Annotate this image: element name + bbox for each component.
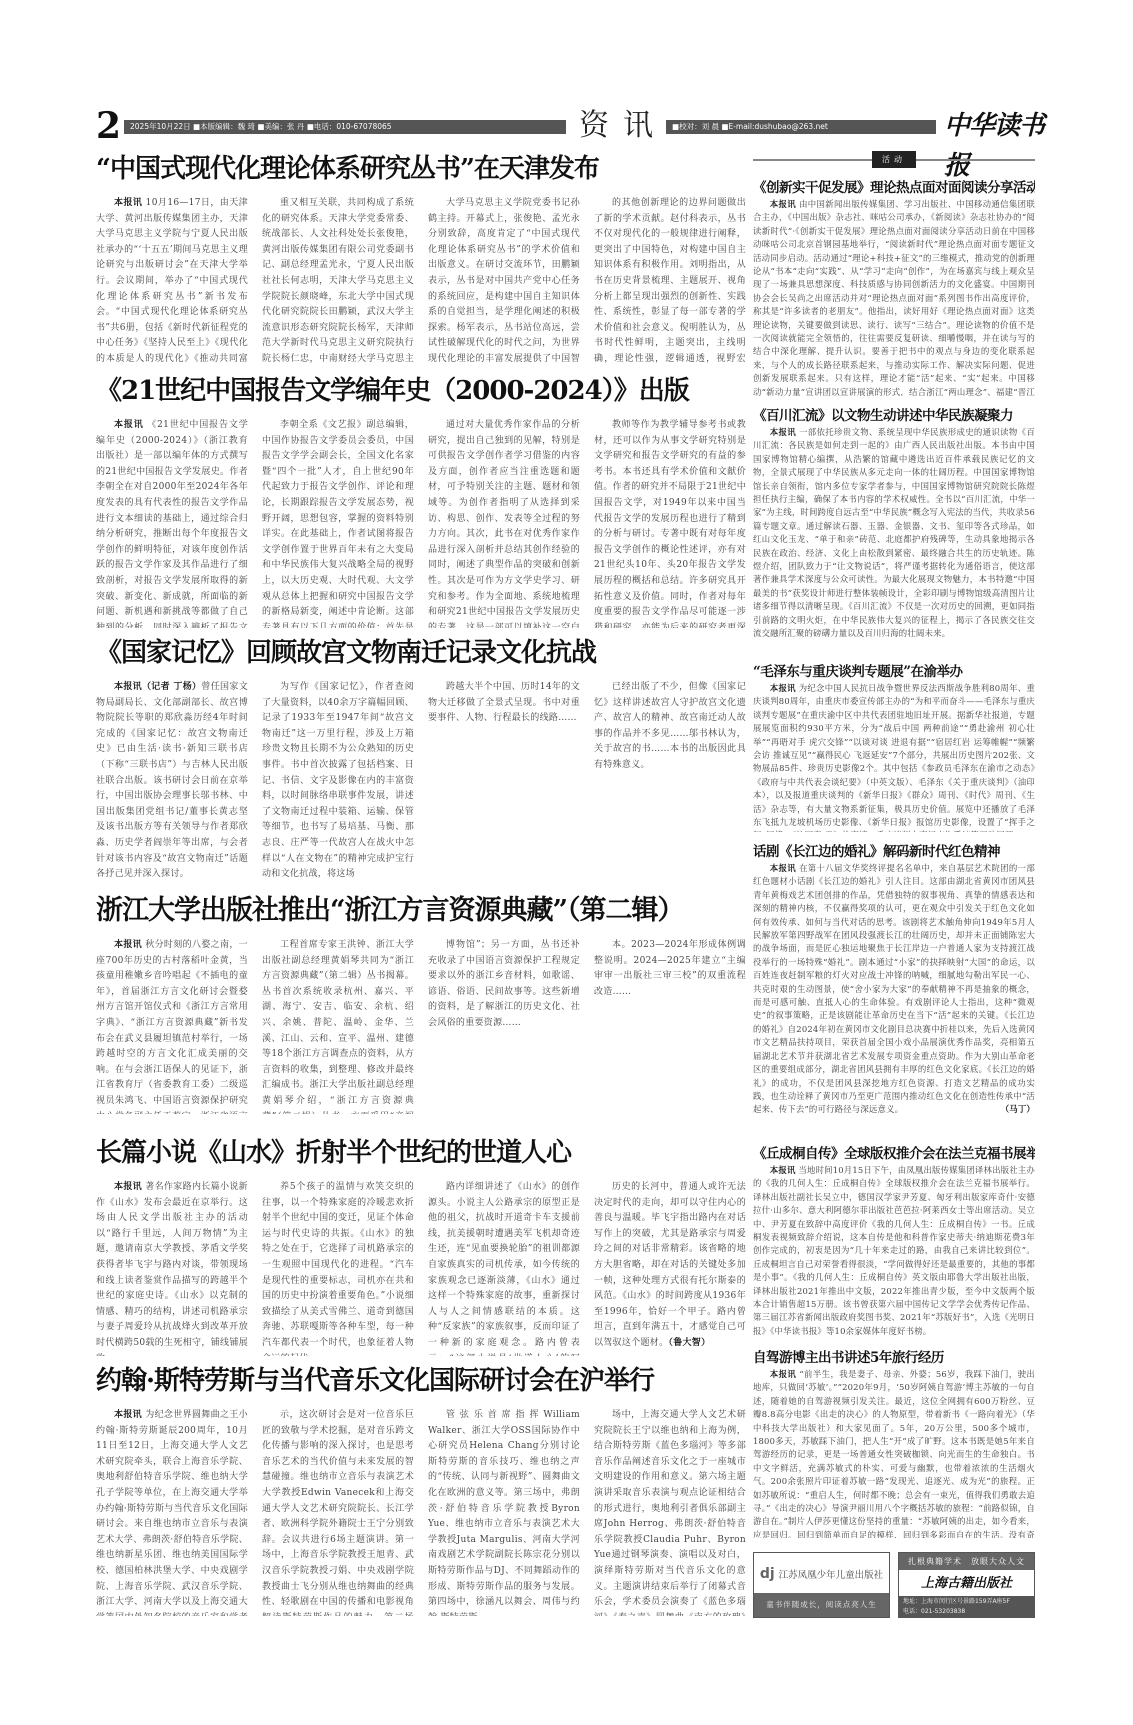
ad-publisher-name: 江苏凤凰少年儿童出版社 — [779, 1567, 884, 1581]
article-signature: （马丁） — [984, 1103, 1035, 1116]
ad-slogan: 童书伴随成长，阅读点亮人生 — [754, 1593, 889, 1617]
article-column: 本报讯 10月16—17日，由天津大学、黄河出版传媒集团主办，天津大学马克思主义… — [96, 196, 248, 364]
article-column: 大学马克思主义学院党委书记孙鹤主持。开幕式上，张俊艳、孟光永分别致辞，高度肯定了… — [428, 196, 580, 364]
article-column: 本报讯 《21世纪中国报告文学编年史（2000-2024）》（浙江教育出版社）是… — [96, 418, 248, 628]
sidebar-article: “毛泽东与重庆谈判专题展”在渝举办 本报讯 为纪念中国人民抗日战争暨世界反法西斯… — [753, 662, 1035, 832]
article-headline[interactable]: 《21世纪中国报告文学编年史（2000-2024）》出版 — [96, 372, 746, 410]
article-column: 为写作《国家记忆》，作者查阅了大量资料，以40余万字篇幅回顾、记录了1933年至… — [262, 680, 414, 886]
page-number: 2 — [96, 104, 121, 148]
sidebar: 活动 《创新实干促发展》理论热点面对面阅读分享活动举办 本报讯 由中国新闻出版传… — [753, 150, 1035, 1618]
article-signature: （鲁大智） — [668, 1338, 710, 1348]
sidebar-article: 《丘成桐自传》全球版权推介会在法兰克福书展举行 本报讯 当地时间10月15日下午… — [753, 1144, 1035, 1338]
article-column: 通过对大量优秀作家作品的分析研究，提出自己独到的见解，特别是可供报告文学创作者学… — [428, 418, 580, 628]
article-column: 重又相互关联，共同构成了系统化的研究体系。天津大学党委常委、统战部长、人文社科处… — [262, 196, 414, 364]
sidebar-article: 话剧《长江边的婚礼》解码新时代红色精神 本报讯 在第十八届文华奖终评提名名单中，… — [753, 842, 1035, 1134]
article-column: 养5个孩子的温情与欢笑交织的往事，以一个特殊家庭的冷暖悲欢折射半个世纪中国的变迁… — [262, 1180, 414, 1356]
article-6: 约翰·斯特劳斯与当代音乐文化国际研讨会在沪举行 本报讯 为纪念世界圆舞曲之王小约… — [96, 1362, 746, 1612]
article-5: 长篇小说《山水》折射半个世纪的世道人心 本报讯 著名作家路内长篇小说新作《山水》… — [96, 1134, 746, 1360]
article-lead: 本报讯 — [114, 420, 144, 430]
article-column: 示，这次研讨会是对一位音乐巨匠的致敬与学术挖掘，是对音乐跨文化传播与影响的深入探… — [262, 1408, 414, 1616]
article-column: 管弦乐首席指挥William Walker、浙江大学OSS国际协作中心研究员He… — [428, 1408, 580, 1616]
article-1: “中国式现代化理论体系研究丛书”在天津发布 本报讯 10月16—17日，由天津大… — [96, 150, 746, 368]
sidebar-article: 《百川汇流》以文物生动讲述中华民族凝聚力 本报讯 一部依托珍贵文物、系统呈现中华… — [753, 406, 1035, 652]
sidebar-tag-row: 活动 — [753, 150, 1035, 170]
ad-jiangsu-phoenix-children[interactable]: dj 江苏凤凰少年儿童出版社 童书伴随成长，阅读点亮人生 — [753, 1552, 890, 1618]
article-headline[interactable]: 长篇小说《山水》折射半个世纪的世道人心 — [96, 1134, 746, 1172]
masthead-info-right: ■校对：刘 晨 ■E-mail:dushubao@263.net — [666, 120, 936, 134]
article-headline[interactable]: 浙江大学出版社推出“浙江方言资源典藏”（第二辑） — [96, 892, 746, 930]
article-column: 的其他创新理论的边界问题做出了新的学术贡献。赵付科表示，丛书不仅对现代化的一般规… — [594, 196, 746, 364]
article-column: 博物馆”；另一方面，丛书还补充收录了中国语言资源保护工程规定要求以外的浙江乡音材… — [428, 938, 580, 1114]
article-column: 教师等作为教学辅导参考书或教材，还可以作为从事文学研究特别是文学研究和报告文学研… — [594, 418, 746, 628]
article-column: 路内详细讲述了《山水》的创作源头。小说主人公路承宗的原型正是他的祖父，抗战时开道… — [428, 1180, 580, 1356]
ad-shanghai-classics[interactable]: 扎根典籍学术 放眼大众人文 上海古籍出版社 地址：上海市闵行区号景路159弄A座… — [898, 1552, 1035, 1618]
article-column: 李朝全系《文艺报》副总编辑，中国作协报告文学委员会委员，中国报告文学学会副会长，… — [262, 418, 414, 628]
sidebar-section-tag: 活动 — [872, 151, 916, 168]
article-headline[interactable]: “中国式现代化理论体系研究丛书”在天津发布 — [96, 150, 746, 188]
article-column: 工程首席专家王洪钟、浙江大学出版社副总经理黄娟琴共同为“浙江方言资源典藏”（第二… — [262, 938, 414, 1114]
article-lead: 本报讯 — [114, 198, 142, 208]
article-3: 《国家记忆》回顾故宫文物南迁记录文化抗战 本报讯（记者 丁杨）曾任国家文物局副局… — [96, 634, 746, 888]
article-column: 本。2023—2024年形成体例调整说明。2024—2025年建立“主编审审一出… — [594, 938, 746, 1114]
sidebar-headline[interactable]: “毛泽东与重庆谈判专题展”在渝举办 — [753, 662, 1035, 682]
sidebar-headline[interactable]: 《创新实干促发展》理论热点面对面阅读分享活动举办 — [753, 178, 1035, 198]
ad-publisher-name: 上海古籍出版社 — [899, 1570, 1034, 1598]
masthead: 2 2025年10月22日 ■本版编辑：魏 琦 ■美编：张 丹 ■电话：010-… — [96, 104, 1056, 148]
sidebar-article: 自驾游博主出书讲述5年旅行经历 本报讯 “前半生，我是妻子、母亲、外婆；56岁，… — [753, 1348, 1035, 1538]
masthead-info-left: 2025年10月22日 ■本版编辑：魏 琦 ■美编：张 丹 ■电话：010-67… — [124, 120, 566, 134]
article-lead: 本报讯 — [114, 940, 142, 950]
article-headline[interactable]: 约翰·斯特劳斯与当代音乐文化国际研讨会在沪举行 — [96, 1362, 746, 1400]
ad-row: dj 江苏凤凰少年儿童出版社 童书伴随成长，阅读点亮人生 扎根典籍学术 放眼大众… — [753, 1552, 1035, 1618]
sidebar-headline[interactable]: 《丘成桐自传》全球版权推介会在法兰克福书展举行 — [753, 1144, 1035, 1164]
sidebar-article: 《创新实干促发展》理论热点面对面阅读分享活动举办 本报讯 由中国新闻出版传媒集团… — [753, 178, 1035, 396]
ad-contact: 地址：上海市闵行区号景路159弄A座5F 电话：021-53203838 — [899, 1596, 1034, 1617]
ad-slogan: 扎根典籍学术 放眼大众人文 — [899, 1553, 1034, 1570]
article-lead: 本报讯（记者 丁杨） — [114, 682, 201, 692]
sidebar-headline[interactable]: 自驾游博主出书讲述5年旅行经历 — [753, 1348, 1035, 1368]
article-column: 跨越大半个中国、历时14年的文物大迁移做了全景式呈现。书中对重要事件、人物、行程… — [428, 680, 580, 886]
article-2: 《21世纪中国报告文学编年史（2000-2024）》出版 本报讯 《21世纪中国… — [96, 372, 746, 630]
article-lead: 本报讯 — [114, 1182, 142, 1192]
article-column: 场中，上海交通大学人文艺术研究院院长王宁以维也纳和上海为例，结合斯特劳斯《蓝色多… — [594, 1408, 746, 1616]
publisher-logo-icon: dj — [760, 1566, 775, 1582]
article-column: 本报讯 为纪念世界圆舞曲之王小约翰·斯特劳斯诞辰200周年，10月11日至12日… — [96, 1408, 248, 1616]
article-headline[interactable]: 《国家记忆》回顾故宫文物南迁记录文化抗战 — [96, 634, 746, 672]
article-column: 已经出版了不少，但像《国家记忆》这样讲述故宫人守护故宫文化遗产、故宫人的精神、故… — [594, 680, 746, 886]
article-column: 本报讯 秋分时刻的八婺之南，一座700年历史的古村落稻叶金黄，当孩童用稚嫩乡音吟… — [96, 938, 248, 1114]
sidebar-headline[interactable]: 话剧《长江边的婚礼》解码新时代红色精神 — [753, 842, 1035, 862]
article-column: 本报讯 著名作家路内长篇小说新作《山水》发布会最近在京举行。这场由人民文学出版社… — [96, 1180, 248, 1356]
section-title: 资讯 — [579, 104, 667, 148]
sidebar-headline[interactable]: 《百川汇流》以文物生动讲述中华民族凝聚力 — [753, 406, 1035, 426]
article-4: 浙江大学出版社推出“浙江方言资源典藏”（第二辑） 本报讯 秋分时刻的八婺之南，一… — [96, 892, 746, 1118]
article-column: 历史的长河中，普通人或许无法决定时代的走向，却可以守住内心的善良与温暖。毕飞宇指… — [594, 1180, 746, 1356]
article-lead: 本报讯 — [114, 1410, 142, 1420]
article-column: 本报讯（记者 丁杨）曾任国家文物局副局长、文化部副部长、故宫博物院院长等职的郑欣… — [96, 680, 248, 886]
